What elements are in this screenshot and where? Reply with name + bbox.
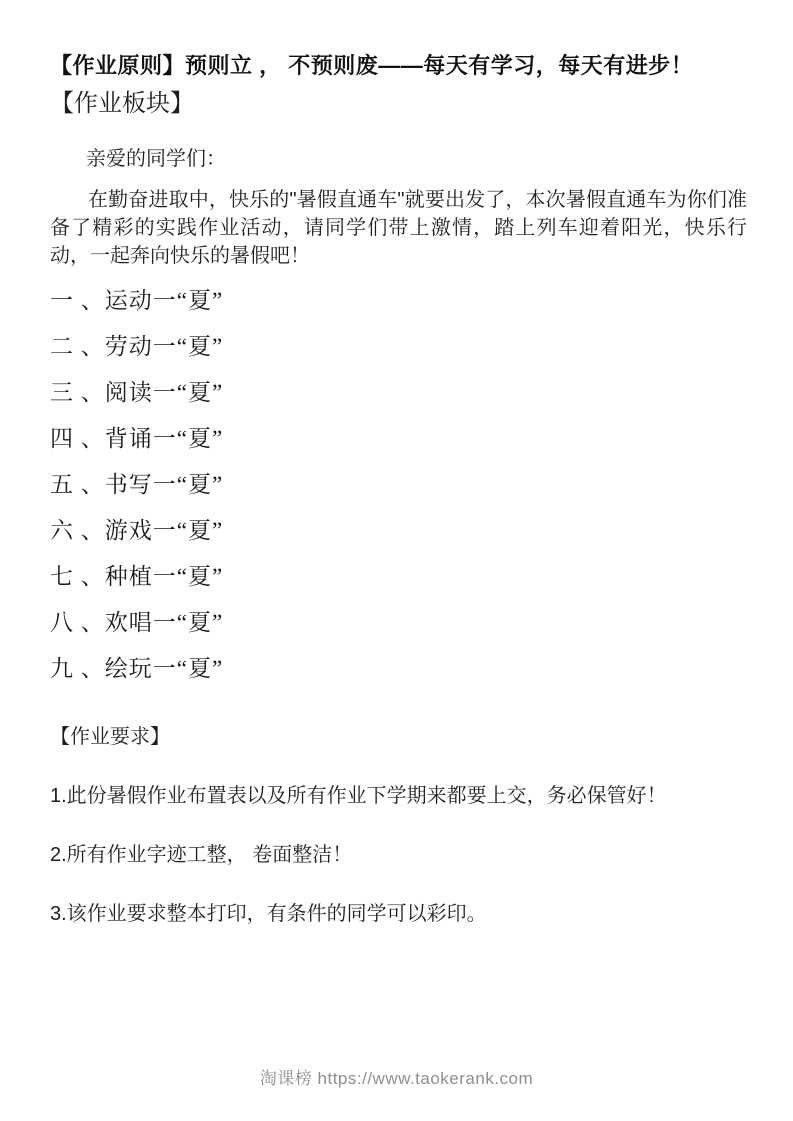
document-content: 【作业原则】预则立 ， 不预则废——每天有学习，每天有进步！ 【作业板块】 亲爱… [0, 0, 793, 927]
list-item: 四 、背诵一“夏” [50, 416, 747, 462]
document-page: { "doc": { "principle_label": "【作业原则】", … [0, 0, 793, 1121]
list-item: 三 、阅读一“夏” [50, 370, 747, 416]
intro-paragraph: 在勤奋进取中，快乐的"暑假直通车"就要出发了，本次暑假直通车为你们准备了精彩的实… [50, 186, 747, 270]
list-item: 九 、绘玩一“夏” [50, 646, 747, 692]
list-item: 一 、运动一“夏” [50, 278, 747, 324]
list-item: 八 、欢唱一“夏” [50, 600, 747, 646]
requirement-item: 2.所有作业字迹工整， 卷面整洁！ [50, 842, 747, 868]
list-item: 五 、书写一“夏” [50, 462, 747, 508]
list-item: 二 、劳动一“夏” [50, 324, 747, 370]
requirement-item: 1.此份暑假作业布置表以及所有作业下学期来都要上交，务必保管好！ [50, 783, 747, 809]
list-item: 七 、种植一“夏” [50, 554, 747, 600]
list-item: 六 、游戏一“夏” [50, 508, 747, 554]
footer-site-link: 淘课榜 https://www.taokerank.com [0, 1064, 793, 1089]
principle-label: 【作业原则】 [50, 53, 185, 78]
principle-line: 【作业原则】预则立 ， 不预则废——每天有学习，每天有进步！ [50, 50, 747, 82]
greeting: 亲爱的同学们： [50, 146, 747, 172]
requirements-heading: 【作业要求】 [50, 724, 747, 750]
sections-heading: 【作业板块】 [50, 88, 747, 120]
principle-text: 预则立 ， 不预则废——每天有学习，每天有进步！ [185, 53, 693, 78]
assignment-list: 一 、运动一“夏” 二 、劳动一“夏” 三 、阅读一“夏” 四 、背诵一“夏” … [50, 278, 747, 692]
requirement-item: 3.该作业要求整本打印，有条件的同学可以彩印。 [50, 901, 747, 927]
